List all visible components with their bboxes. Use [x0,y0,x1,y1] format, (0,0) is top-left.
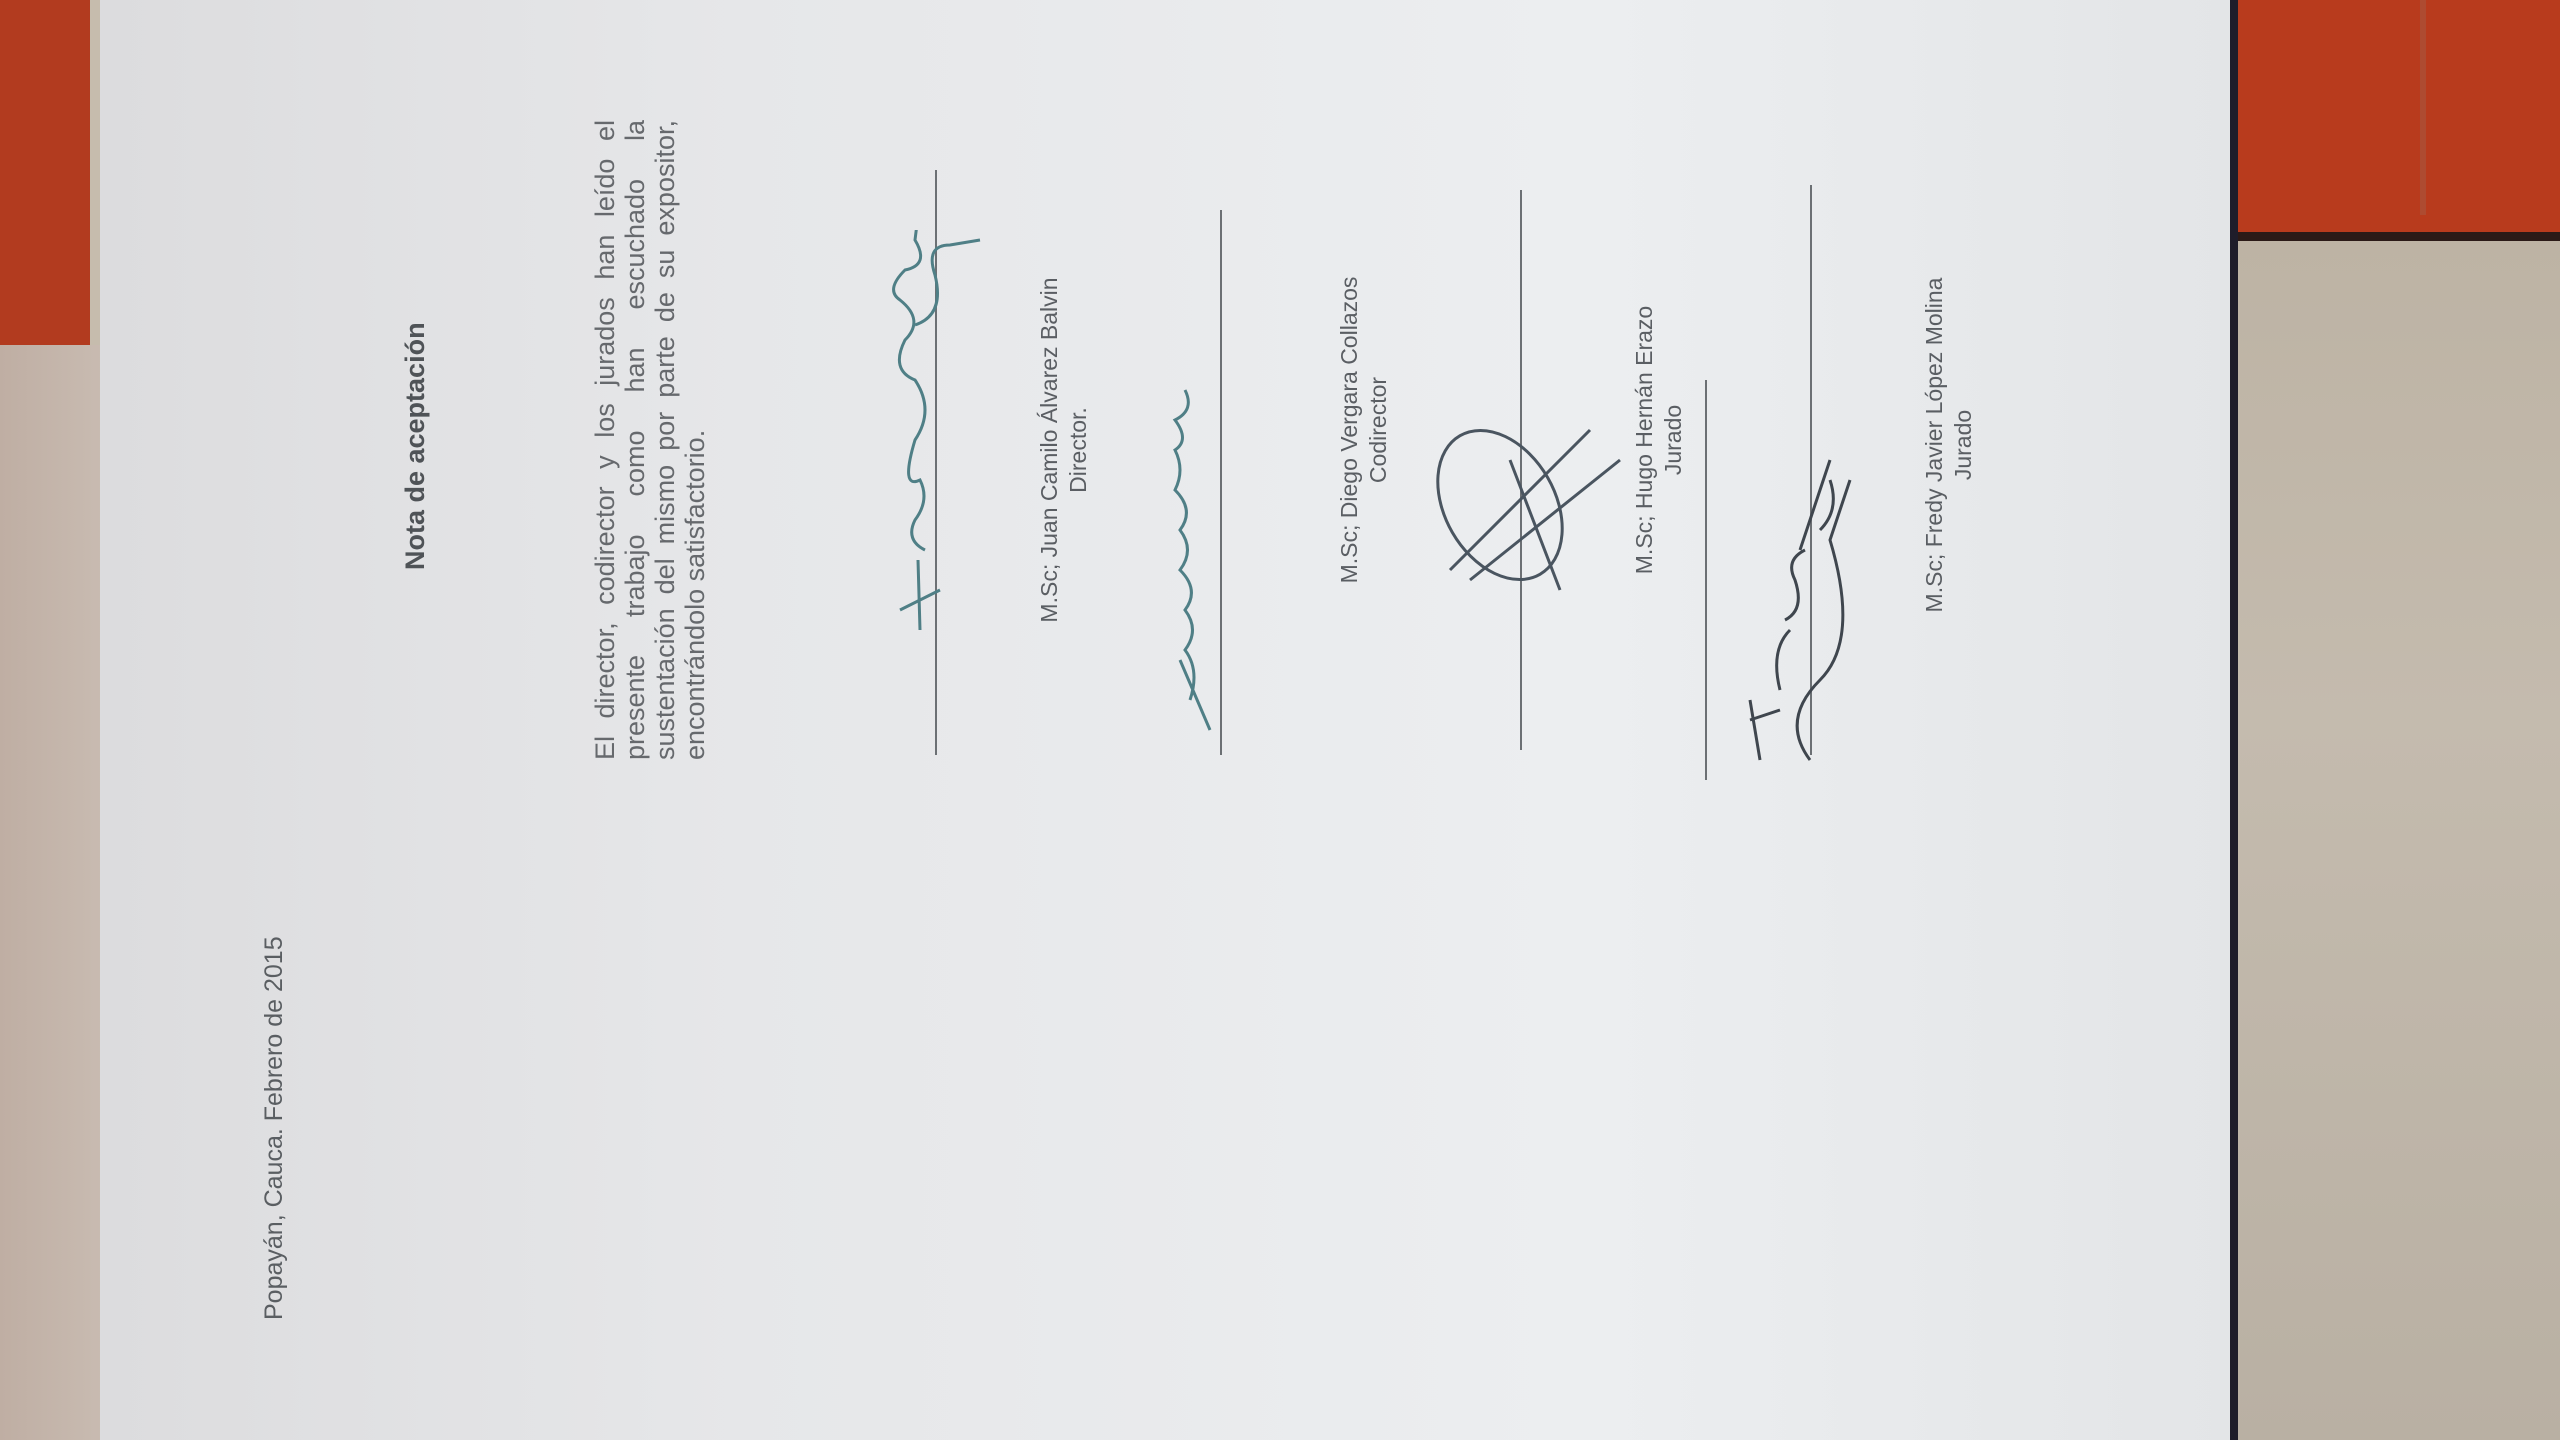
tile-seam [2420,0,2426,215]
background-red-tile [2232,0,2560,238]
document-content: Nota de aceptación El director, codirect… [100,0,2230,1440]
signatory-role: Codirector [1364,220,1393,640]
acceptance-paragraph: El director, codirector y los jurados ha… [590,120,710,760]
signatory-jurado-2: M.Sc; Fredy Javier López Molina Jurado [1920,225,1978,665]
signatory-codirector: M.Sc; Diego Vergara Collazos Codirector [1335,220,1393,640]
signature-jurado-2 [1740,440,1890,770]
date-line: Popayán, Cauca. Febrero de 2015 [260,936,289,1320]
signatory-name: M.Sc; Hugo Hernán Erazo [1630,230,1659,650]
signatory-role: Director. [1064,240,1093,660]
signatory-role: Jurado [1949,225,1978,665]
surface-edge [2232,232,2560,241]
background-red-tile [0,0,90,345]
signatory-name: M.Sc; Diego Vergara Collazos [1335,220,1364,640]
signatory-name: M.Sc; Fredy Javier López Molina [1920,225,1949,665]
signature-jurado-1 [1390,400,1640,610]
paper-sheet: Nota de aceptación El director, codirect… [100,0,2230,1440]
background-surface [0,345,110,1440]
document-title: Nota de aceptación [400,322,431,570]
signatory-director: M.Sc; Juan Camilo Álvarez Balvin Directo… [1035,240,1093,660]
signature-codirector [1120,360,1240,740]
signatory-role: Jurado [1659,230,1688,650]
signatory-name: M.Sc; Juan Camilo Álvarez Balvin [1035,240,1064,660]
signatory-jurado-1: M.Sc; Hugo Hernán Erazo Jurado [1630,230,1688,650]
signature-line [1705,380,1707,780]
signature-director [800,230,1030,650]
background-stone-surface [2232,238,2560,1440]
